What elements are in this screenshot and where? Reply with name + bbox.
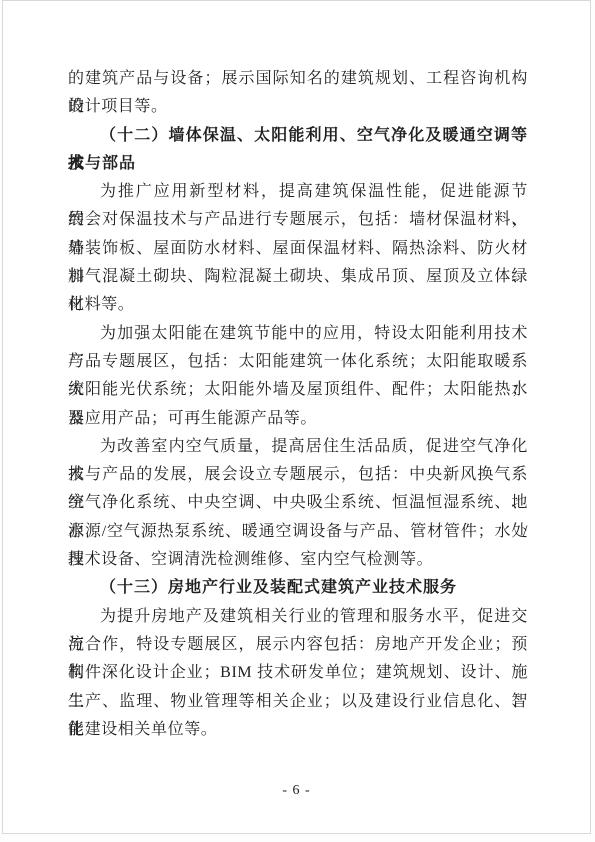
paragraph: 为加强太阳能在建筑节能中的应用，特设太阳能利用技术与产品专题展区，包括：太阳能建… (68, 320, 528, 433)
text-line: 为推广应用新型材料，提高建筑保温性能，促进能源节约， (68, 178, 528, 206)
text-line: 太阳能光伏系统；太阳能外墙及屋顶组件、配件；太阳能热水器 (68, 376, 528, 404)
text-line: （十三）房地产行业及装配式建筑产业技术服务 (68, 574, 528, 602)
text-line: 术与部品 (68, 150, 528, 178)
page-number: - 6 - (3, 783, 590, 799)
paragraph: 为改善室内空气质量，提高居住生活品质，促进空气净化技术与产品的发展，展会设立专题… (68, 433, 528, 574)
paragraph: 的建筑产品与设备；展示国际知名的建筑规划、工程咨询机构的设计项目等。 (68, 65, 528, 122)
text-line: 水源/空气源热泵系统、暖通空调设备与产品、管材管件；水处理 (68, 518, 528, 546)
text-line: 生产、监理、物业管理等相关企业；以及建设行业信息化、智能 (68, 688, 528, 716)
text-line: 技术设备、空调清洗检测维修、室内空气检测等。 (68, 546, 528, 574)
text-line: 构件深化设计企业；BIM 技术研发单位；建筑规划、设计、施工、 (68, 659, 528, 687)
text-line: 为加强太阳能在建筑节能中的应用，特设太阳能利用技术与 (68, 320, 528, 348)
text-line: 墙装饰板、屋面防水材料、屋面保温材料、隔热涂料、防火材料、 (68, 235, 528, 263)
text-line: 的建筑产品与设备；展示国际知名的建筑规划、工程咨询机构的 (68, 65, 528, 93)
text-line: 化建设相关单位等。 (68, 716, 528, 744)
text-line: 加气混凝土砌块、陶粒混凝土砌块、集成吊顶、屋顶及立体绿化 (68, 263, 528, 291)
text-line: 及应用产品；可再生能源产品等。 (68, 405, 528, 433)
text-line: 为提升房地产及建筑相关行业的管理和服务水平，促进交流 (68, 603, 528, 631)
text-line: 设计项目等。 (68, 93, 528, 121)
text-line: 空气净化系统、中央空调、中央吸尘系统、恒温恒湿系统、地源/ (68, 489, 528, 517)
text-line: 术与产品的发展，展会设立专题展示，包括：中央新风换气系统、 (68, 461, 528, 489)
text-line: 材料等。 (68, 291, 528, 319)
section-heading: （十三）房地产行业及装配式建筑产业技术服务 (68, 574, 528, 602)
section-heading: （十二）墙体保温、太阳能利用、空气净化及暖通空调等技术与部品 (68, 122, 528, 179)
document-page: 的建筑产品与设备；展示国际知名的建筑规划、工程咨询机构的设计项目等。（十二）墙体… (2, 0, 591, 834)
text-line: 产品专题展区，包括：太阳能建筑一体化系统；太阳能取暖系统； (68, 348, 528, 376)
document-body: 的建筑产品与设备；展示国际知名的建筑规划、工程咨询机构的设计项目等。（十二）墙体… (68, 65, 528, 744)
text-line: 与合作，特设专题展区，展示内容包括：房地产开发企业；预制 (68, 631, 528, 659)
text-line: 为改善室内空气质量，提高居住生活品质，促进空气净化技 (68, 433, 528, 461)
text-line: 展会对保温技术与产品进行专题展示，包括：墙材保温材料、外 (68, 206, 528, 234)
paragraph: 为推广应用新型材料，提高建筑保温性能，促进能源节约，展会对保温技术与产品进行专题… (68, 178, 528, 319)
text-line: （十二）墙体保温、太阳能利用、空气净化及暖通空调等技 (68, 122, 528, 150)
paragraph: 为提升房地产及建筑相关行业的管理和服务水平，促进交流与合作，特设专题展区，展示内… (68, 603, 528, 744)
